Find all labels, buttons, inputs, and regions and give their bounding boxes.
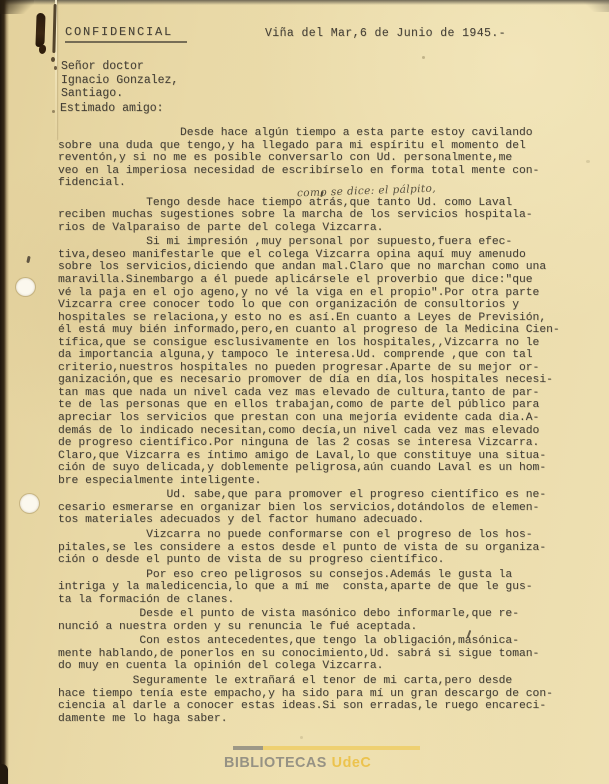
scan-corner-top-right (583, 0, 609, 12)
watermark-bar (233, 746, 420, 750)
scan-edge-top (0, 0, 609, 5)
ink-dot (54, 66, 57, 70)
scan-corner-bottom-left (0, 764, 8, 784)
scanned-letter-page: CONFIDENCIAL Viña del Mar,6 de Junio de … (0, 0, 609, 784)
letter-paragraph: Ud. sabe,que para promover el progreso c… (58, 489, 560, 527)
stray-ink-tick (26, 256, 30, 263)
ink-mark-blob (39, 45, 46, 54)
scan-corner-top-left (0, 0, 34, 14)
classification-label: CONFIDENCIAL (65, 25, 187, 43)
ink-mark-thick-stroke (35, 13, 45, 47)
paper-speck (586, 160, 590, 163)
watermark-bar-gray (233, 746, 263, 750)
letter-paragraph: Con estos antecedentes,que tengo la obli… (58, 635, 560, 673)
letter-paragraph: Si mi impresión ,muy personal por supues… (58, 236, 560, 487)
letter-body: Desde hace algún tiempo a esta parte est… (58, 127, 560, 725)
paper-speck (300, 736, 303, 739)
scan-edge-left (0, 0, 9, 784)
ink-dot (51, 57, 55, 62)
letter-paragraph: Por eso creo peligrosos su consejos.Adem… (58, 569, 560, 607)
punch-hole-bottom (20, 494, 39, 513)
letter-paragraph: Seguramente le extrañará el tenor de mi … (58, 675, 560, 725)
letter-paragraph: Desde el punto de vista masónico debo in… (58, 608, 560, 633)
watermark-org-label: UdeC (332, 754, 372, 771)
recipient-address: Señor doctor Ignacio Gonzalez, Santiago. (61, 60, 178, 101)
punch-hole-top (16, 278, 35, 296)
dateline: Viña del Mar,6 de Junio de 1945.- (265, 27, 506, 40)
watermark-library-label: BIBLIOTECAS (224, 754, 327, 771)
letter-paragraph: Tengo desde hace tiempo atrás,que tanto … (58, 197, 560, 235)
watermark-text: BIBLIOTECASUdeC (224, 754, 371, 771)
ink-dot (52, 110, 55, 113)
watermark-bar-yellow (263, 746, 420, 750)
letter-paragraph: Vizcarra no puede conformarse con el pro… (58, 529, 560, 567)
salutation: Estimado amigo: (60, 102, 164, 115)
paper-speck (422, 56, 425, 59)
letter-paragraph: Desde hace algún tiempo a esta parte est… (58, 127, 560, 190)
